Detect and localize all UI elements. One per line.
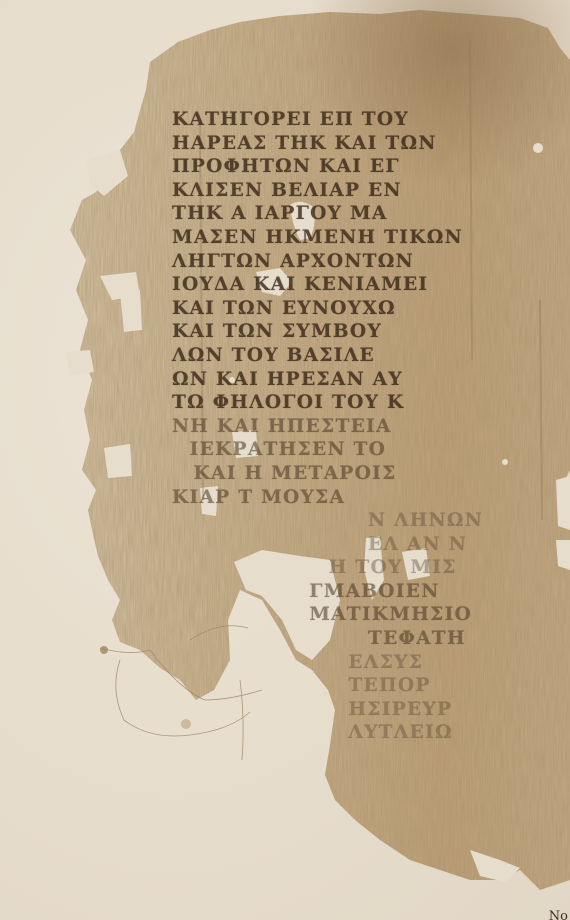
manuscript-line: ΛΥΤΛΕΙΩ xyxy=(172,721,540,745)
manuscript-line: ΜΑΣΕΝ ΗΚΜΕΝΗ ΤΙΚΩΝ xyxy=(172,226,540,250)
manuscript-text: ΚΑΤΗΓΟΡΕΙ ΕΠ ΤΟΥ ΗΑΡΕΑΣ ΤΗΚ ΚΑΙ ΤΩΝ ΠΡΟΦ… xyxy=(172,108,547,745)
manuscript-line: ΤΕΠΟΡ xyxy=(172,674,540,698)
manuscript-line: ΚΛΙΣΕΝ ΒΕΛΙΑΡ ΕΝ xyxy=(172,179,540,203)
manuscript-line: ΝΗ ΚΑΙ ΗΠΕΣΤΕΙΑ xyxy=(172,415,540,439)
manuscript-line: Ν ΛΗΝΩΝ xyxy=(172,509,540,533)
manuscript-line: ΠΡΟΦΗΤΩΝ ΚΑΙ ΕΓ xyxy=(172,155,540,179)
manuscript-line: ΜΑΤΙΚΜΗΣΙΟ xyxy=(172,603,540,627)
manuscript-line: ΚΑΤΗΓΟΡΕΙ ΕΠ ΤΟΥ xyxy=(172,108,540,132)
manuscript-line: Η ΤΟΥ ΜΙΣ xyxy=(172,556,540,580)
plate-number-label: No xyxy=(549,909,568,920)
manuscript-line: ΚΑΙ Η ΜΕΤΑΡΟΙΣ xyxy=(172,462,540,486)
manuscript-line: ΚΙΑΡ Τ ΜΟΥΣΑ xyxy=(172,486,540,510)
manuscript-line: ΙΟΥΔΑ ΚΑΙ ΚΕΝΙΑΜΕΙ xyxy=(172,273,540,297)
manuscript-line: ΛΗΓΤΩΝ ΑΡΧΟΝΤΩΝ xyxy=(172,250,540,274)
manuscript-line: ΙΕΚΡΑΤΗΣΕΝ ΤΟ xyxy=(172,438,540,462)
manuscript-line: ΗΣΙΡΕΥΡ xyxy=(172,698,540,722)
manuscript-line: ΕΛ ΑΝ Ν xyxy=(172,533,540,557)
manuscript-line: ΕΛΣΥΣ xyxy=(172,651,540,675)
manuscript-line: ΩΝ ΚΑΙ ΗΡΕΣΑΝ ΑΥ xyxy=(172,368,540,392)
manuscript-line: ΚΑΙ ΤΩΝ ΣΥΜΒΟΥ xyxy=(172,320,540,344)
manuscript-line: ΚΑΙ ΤΩΝ ΕΥΝΟΥΧΩ xyxy=(172,297,540,321)
manuscript-line: ΓΜΑΒΟΙΕΝ xyxy=(172,580,540,604)
manuscript-line: ΤΩ ΦΗΛΟΓΟΙ ΤΟΥ Κ xyxy=(172,391,540,415)
manuscript-line: ΤΕΦΑΤΗ xyxy=(172,627,540,651)
manuscript-line: ΤΗΚ Α ΙΑΡΓΟΥ ΜΑ xyxy=(172,202,540,226)
manuscript-line: ΗΑΡΕΑΣ ΤΗΚ ΚΑΙ ΤΩΝ xyxy=(172,132,540,156)
manuscript-line: ΛΩΝ ΤΟΥ ΒΑΣΙΛΕ xyxy=(172,344,540,368)
photograph: ΚΑΤΗΓΟΡΕΙ ΕΠ ΤΟΥ ΗΑΡΕΑΣ ΤΗΚ ΚΑΙ ΤΩΝ ΠΡΟΦ… xyxy=(0,0,570,920)
